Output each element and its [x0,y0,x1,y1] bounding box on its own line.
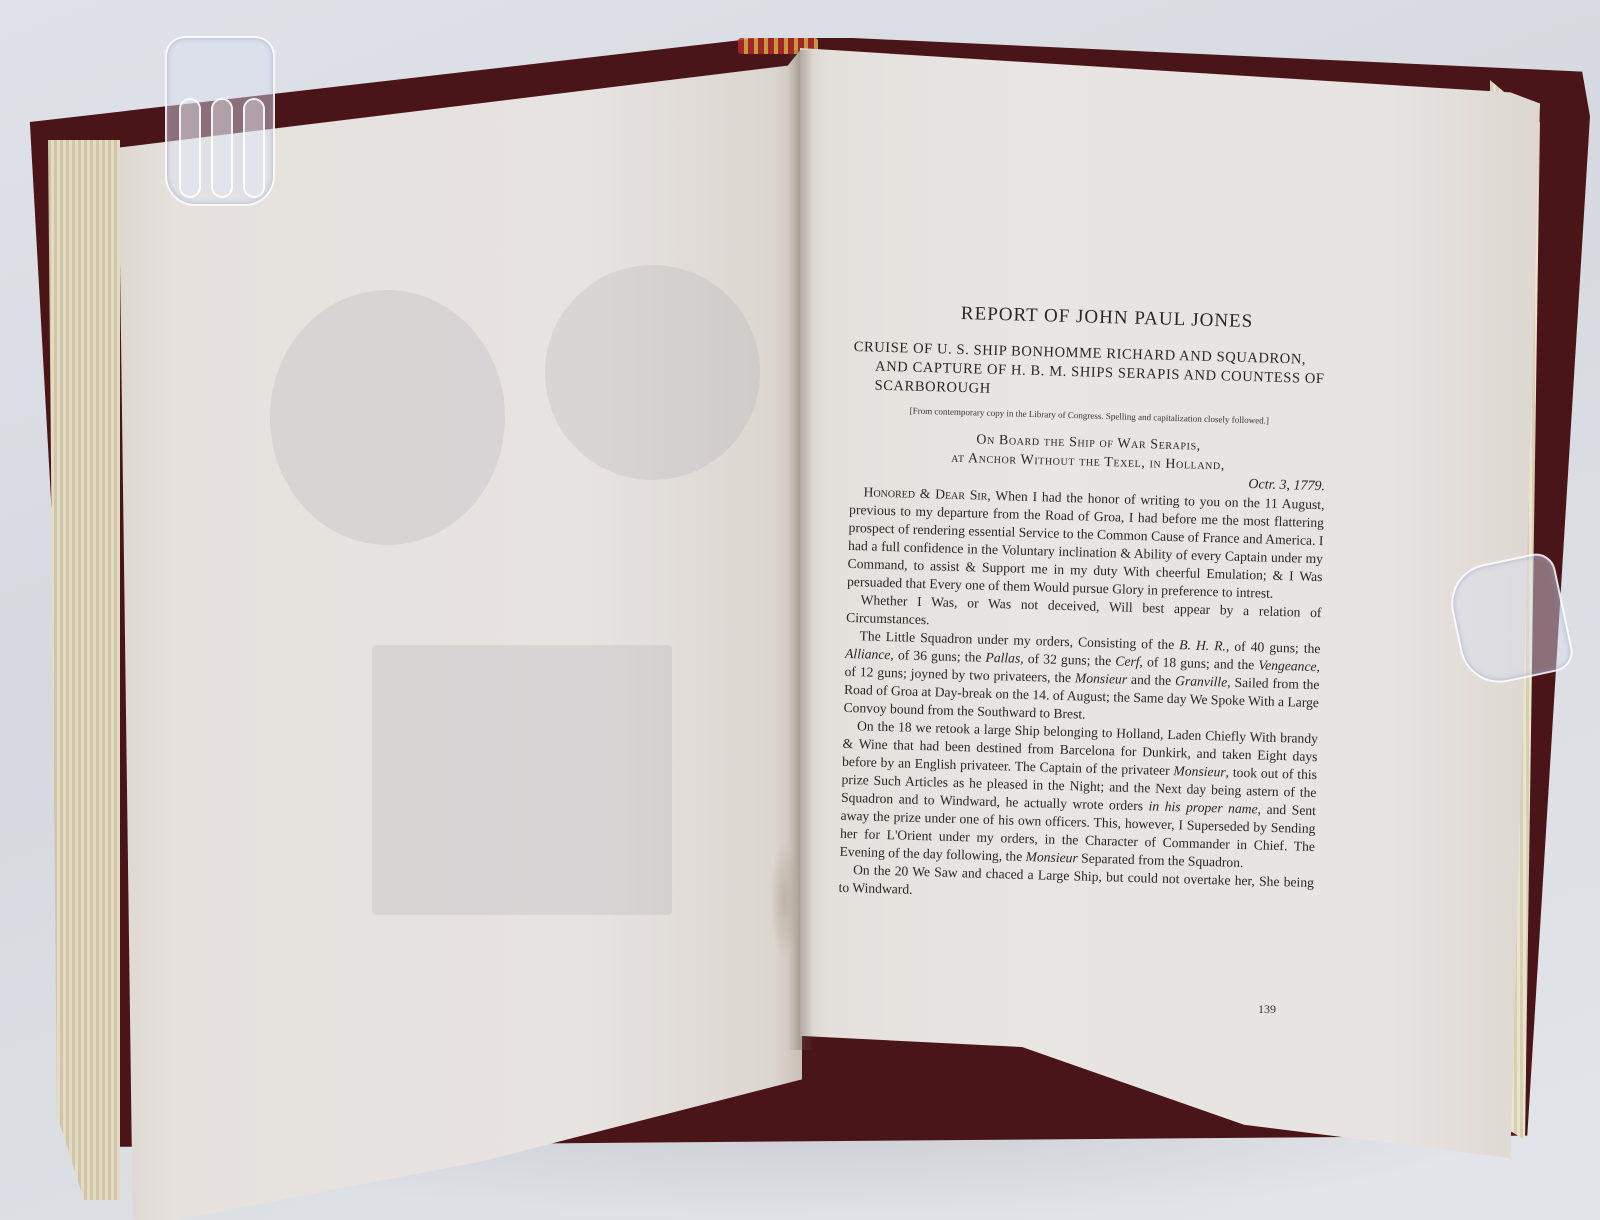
ship-name: Monsieur [1173,763,1226,779]
ship-name: B. H. R. [1179,637,1226,653]
ship-name: Pallas [985,650,1020,666]
letter-body: Honored & Dear Sir, When I had the honor… [838,483,1324,910]
text-run: , of 18 guns; and the [1139,654,1258,672]
clip-tooth [179,98,201,198]
ship-name: Cerf [1115,653,1140,669]
paragraph-text: When I had the honor of writing to you o… [847,488,1325,601]
show-through-circle [270,290,505,545]
book-photo: REPORT OF JOHN PAUL JONES CRUISE OF U. S… [0,0,1600,1220]
ship-name: Vengeance [1258,657,1317,674]
show-through-rectangle [372,645,672,915]
text-run: Separated from the Squadron. [1078,850,1244,870]
text-run: , of 36 guns; the [890,647,986,665]
paragraph: On the 18 we retook a large Ship belongi… [839,717,1318,874]
text-run: and the [1127,672,1175,688]
ship-name: Granville [1175,673,1228,689]
source-note: [From contemporary copy in the Library o… [852,403,1327,428]
text-run: , of 40 guns; the [1226,638,1321,656]
clip-tooth [243,98,265,198]
salutation: Honored & Dear Sir, [863,484,991,503]
ship-name: Monsieur [1025,849,1078,865]
show-through-circle [545,265,760,480]
paragraph: Honored & Dear Sir, When I had the honor… [847,483,1325,604]
page-clip-top-left [165,36,275,206]
left-page [90,48,802,1220]
paragraph: The Little Squadron under my orders, Con… [843,627,1320,730]
text-run: , of 32 guns; the [1020,651,1116,669]
clip-tooth [211,98,233,198]
emphasis: in his proper name [1148,798,1257,816]
page-text: REPORT OF JOHN PAUL JONES CRUISE OF U. S… [838,300,1329,910]
ship-name: Alliance [845,646,891,662]
foxing-stain [770,840,798,960]
page-number: 139 [1258,1002,1276,1017]
ship-name: Monsieur [1075,670,1128,686]
page-subtitle: CRUISE OF U. S. SHIP BONHOMME RICHARD AN… [852,338,1328,408]
